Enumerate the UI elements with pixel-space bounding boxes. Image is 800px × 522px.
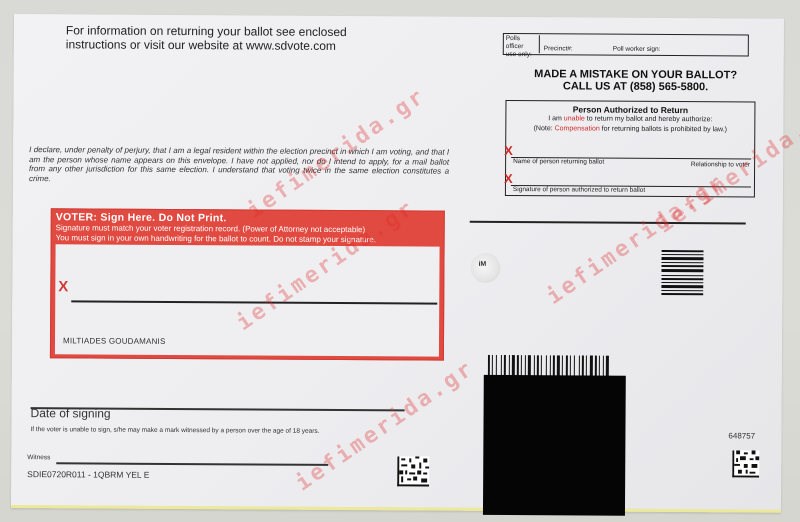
authorized-return-statement: I am unable to return my ballot and here… xyxy=(506,115,754,124)
polls-label-line2: use only: xyxy=(506,51,539,59)
perjury-declaration: I declare, under penalty of perjury, tha… xyxy=(29,145,449,186)
x-mark-icon: X xyxy=(58,278,68,295)
polls-officer-box: Polls officer use only: Precinct#: Poll … xyxy=(503,33,749,57)
note-post: for returning ballots is prohibited by l… xyxy=(600,126,727,134)
stmt-post: to return my ballot and hereby authorize… xyxy=(585,115,713,123)
relationship-label: Relationship to voter xyxy=(691,161,750,168)
authorized-return-note: (Note: Compensation for returning ballot… xyxy=(506,125,754,134)
return-info-text: For information on returning your ballot… xyxy=(66,23,366,53)
datamatrix-code-icon xyxy=(397,456,429,486)
returner-name-label: Name of person returning ballot xyxy=(513,158,604,166)
mistake-phone: CALL US AT (858) 565-5800. xyxy=(506,80,766,94)
divider-line xyxy=(470,221,746,224)
envelope-hole: iM xyxy=(470,253,500,283)
note-red: Compensation xyxy=(555,125,600,132)
authorized-return-box: Person Authorized to Return I am unable … xyxy=(505,100,756,198)
date-of-signing-label: Date of signing xyxy=(31,406,111,420)
stmt-red: unable xyxy=(564,115,585,122)
returner-signature-label: Signature of person authorized to return… xyxy=(513,186,645,194)
voter-signature-area[interactable]: X MILTIADES GOUDAMANIS xyxy=(55,244,440,356)
stacked-barcode-icon xyxy=(661,250,703,296)
note-pre: (Note: xyxy=(534,125,555,132)
info-line-2: instructions or visit our website at www… xyxy=(66,37,366,53)
voter-signature-instruction-2: You must sign in your own handwriting fo… xyxy=(56,233,376,244)
polls-officer-label: Polls officer use only: xyxy=(506,35,540,53)
mistake-line-1: MADE A MISTAKE ON YOUR BALLOT? xyxy=(506,68,766,82)
precinct-field[interactable]: Precinct#: xyxy=(544,45,573,52)
polls-label-line1: Polls officer xyxy=(506,35,539,51)
form-code: SDIE0720R011 - 1QBRM YEL E xyxy=(27,469,149,480)
x-mark-icon: X xyxy=(504,171,513,186)
redacted-address-block xyxy=(483,375,626,516)
witness-label: Witness xyxy=(27,454,50,461)
witness-signature-line[interactable] xyxy=(56,462,328,465)
voter-name: MILTIADES GOUDAMANIS xyxy=(63,336,166,346)
voter-signature-instruction-1: Signature must match your voter registra… xyxy=(56,223,366,234)
voter-signature-line[interactable] xyxy=(71,300,437,304)
serial-number: 648757 xyxy=(728,431,755,440)
im-logo-icon: iM xyxy=(478,261,486,268)
datamatrix-code-icon xyxy=(732,450,759,477)
stmt-pre: I am xyxy=(548,115,564,122)
voter-signature-heading: VOTER: Sign Here. Do Not Print. xyxy=(56,211,227,224)
authorized-return-title: Person Authorized to Return xyxy=(506,104,754,116)
ballot-envelope: For information on returning your ballot… xyxy=(11,14,784,513)
voter-signature-box: VOTER: Sign Here. Do Not Print. Signatur… xyxy=(50,208,445,360)
poll-worker-sign-field[interactable]: Poll worker sign: xyxy=(613,46,661,53)
unable-to-sign-note: If the voter is unable to sign, s/he may… xyxy=(30,426,319,435)
watermark: iefimerida.gr xyxy=(291,356,479,497)
mistake-notice: MADE A MISTAKE ON YOUR BALLOT? CALL US A… xyxy=(506,68,766,94)
x-mark-icon: X xyxy=(504,143,513,158)
